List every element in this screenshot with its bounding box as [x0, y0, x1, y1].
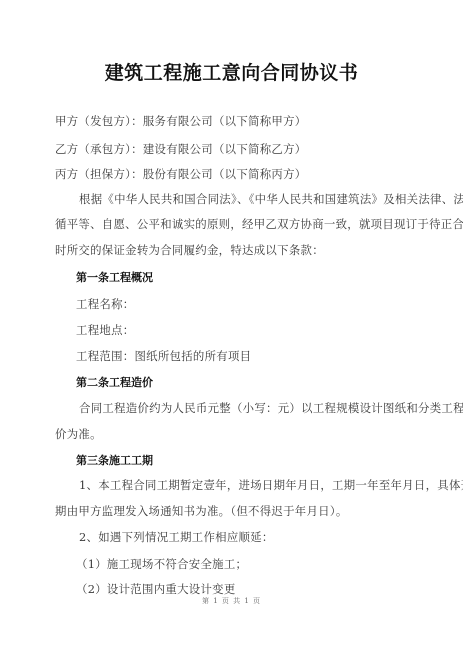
section-2-heading: 第二条工程造价 [76, 374, 153, 390]
party-c: 丙方（担保方）：股份有限公司（以下简称丙方） [55, 166, 307, 182]
preamble-line-3: 时所交的保证金转为合同履约金，特达成以下条款： [55, 242, 324, 258]
price-line-1: 合同工程造价约为人民币元整（小写：元）以工程规模设计图纸和分类工程质量报 [79, 400, 463, 416]
project-scope: 工程范围：图纸所包括的所有项目 [76, 348, 251, 364]
project-location: 工程地点： [76, 322, 134, 338]
period-line-5: （2）设计范围内重大设计变更 [76, 581, 236, 597]
section-3-heading: 第三条施工工期 [76, 452, 153, 468]
section-1-heading: 第一条工程概况 [76, 269, 153, 285]
party-b: 乙方（承包方）：建设有限公司（以下简称乙方） [55, 141, 307, 157]
price-line-2: 价为准。 [55, 426, 102, 442]
page-footer: 第 1 页 共 1 页 [0, 596, 463, 606]
party-a: 甲方（发包方）：服务有限公司（以下简称甲方） [55, 113, 307, 129]
preamble-line-1: 根据《中华人民共和国合同法》、《中华人民共和国建筑法》及相关法律、法规、遵 [79, 191, 463, 207]
period-line-2: 期由甲方监理发入场通知书为准。（但不得迟于年月日）。 [55, 503, 348, 519]
period-line-1: 1、本工程合同工期暂定壹年，进场日期年月日，工期一年至年月日，具体开工日 [79, 477, 463, 493]
preamble-line-2: 循平等、自愿、公平和诚实的原则，经甲乙双方协商一致，就项目现订于待正合同签订 [55, 216, 463, 232]
period-line-4: （1）施工现场不符合安全施工； [76, 556, 247, 572]
period-line-3: 2、如遇下列情况工期工作相应顺延： [79, 529, 274, 545]
document-title: 建筑工程施工意向合同协议书 [0, 58, 463, 85]
project-name: 工程名称： [76, 296, 134, 312]
